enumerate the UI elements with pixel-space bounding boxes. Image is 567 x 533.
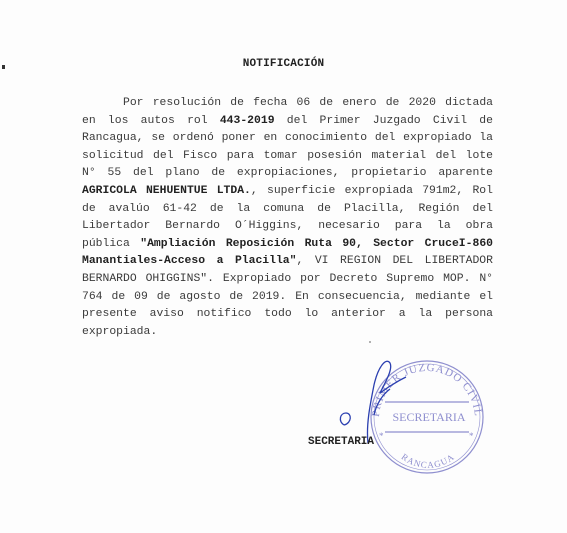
paragraph-line: pública "Ampliación Reposición Ruta 90, … <box>82 236 493 254</box>
notification-body: Por resolución de fecha 06 de enero de 2… <box>82 95 493 341</box>
paragraph-line: en los autos rol 443-2019 del Primer Juz… <box>82 113 493 131</box>
scan-speck <box>369 341 371 343</box>
paragraph-line: N° 55 del plano de expropiaciones, propi… <box>82 165 493 183</box>
paragraph-line: BERNARDO OHIGGINS". Expropiado por Decre… <box>82 271 493 289</box>
paragraph-line: expropiada. <box>82 324 493 342</box>
signature-label: SECRETARIA <box>308 436 374 448</box>
paragraph-line: Rancagua, se ordenó poner en conocimient… <box>82 130 493 148</box>
svg-text:*: * <box>469 431 474 441</box>
paragraph-line: Por resolución de fecha 06 de enero de 2… <box>82 95 493 113</box>
document-page: NOTIFICACIÓN Por resolución de fecha 06 … <box>0 0 567 533</box>
paragraph-line: AGRICOLA NEHUENTUE LTDA., superficie exp… <box>82 183 493 201</box>
paragraph-line: Manantiales-Acceso a Placilla", VI REGIO… <box>82 253 493 271</box>
paragraph-line: de avalúo 61-42 de la comuna de Placilla… <box>82 201 493 219</box>
paragraph-line: Libertador Bernardo O´Higgins, necesario… <box>82 218 493 236</box>
document-title: NOTIFICACIÓN <box>0 58 567 70</box>
paragraph-line: 764 de 09 de agosto de 2019. En consecue… <box>82 289 493 307</box>
paragraph-line: presente aviso notifico todo lo anterior… <box>82 306 493 324</box>
paragraph-line: solicitud del Fisco para tomar posesión … <box>82 148 493 166</box>
svg-text:RANCAGUA: RANCAGUA <box>400 452 457 471</box>
